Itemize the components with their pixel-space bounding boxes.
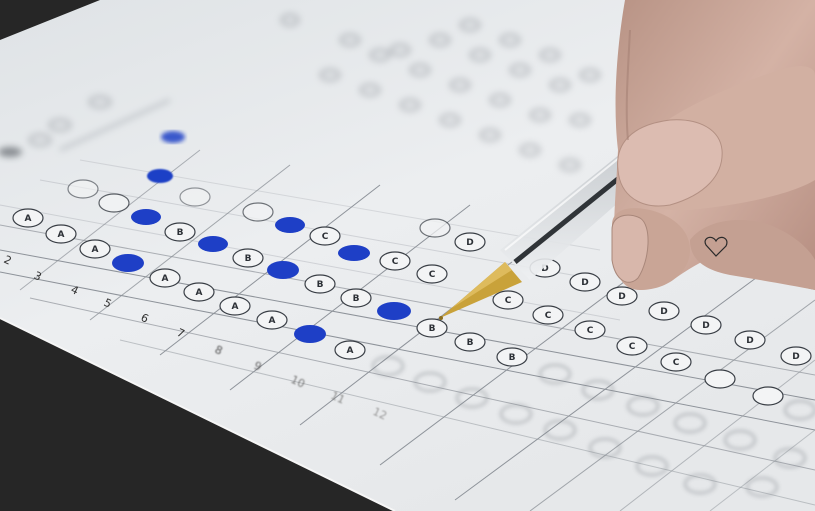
svg-text:B: B	[509, 353, 516, 363]
filled-bubble-q5-D	[338, 245, 370, 261]
svg-text:A: A	[92, 245, 99, 255]
svg-text:A: A	[25, 214, 32, 224]
svg-text:D: D	[660, 307, 667, 317]
svg-text:B: B	[429, 324, 436, 334]
svg-text:C: C	[392, 257, 399, 267]
svg-text:B: B	[177, 228, 184, 238]
filled-bubble-q7-B	[294, 325, 326, 343]
svg-text:D: D	[466, 238, 473, 248]
svg-text:C: C	[629, 342, 636, 352]
svg-text:B: B	[317, 280, 324, 290]
svg-text:A: A	[58, 230, 65, 240]
svg-text:A: A	[269, 316, 276, 326]
answer-sheet-photo: 2 3 4 5 6 7 8 9 10 11 12	[0, 0, 815, 511]
svg-text:A: A	[162, 274, 169, 284]
svg-text:D: D	[581, 278, 588, 288]
filled-bubble-q4-C	[275, 217, 305, 233]
svg-text:C: C	[545, 311, 552, 321]
svg-text:D: D	[746, 336, 753, 346]
svg-text:D: D	[618, 292, 625, 302]
svg-text:B: B	[245, 254, 252, 264]
svg-text:C: C	[673, 358, 680, 368]
filled-bubble-q1	[147, 169, 173, 183]
svg-text:C: C	[587, 326, 594, 336]
hand	[612, 0, 815, 290]
filled-bubble-q6-D	[377, 302, 411, 320]
svg-text:D: D	[792, 352, 799, 362]
filled-bubble-q0	[161, 131, 185, 143]
svg-text:C: C	[322, 232, 329, 242]
svg-text:C: C	[429, 270, 436, 280]
svg-text:B: B	[353, 294, 360, 304]
svg-text:A: A	[347, 346, 354, 356]
filled-bubble-q2-B	[131, 209, 161, 225]
filled-bubble-q3-B	[112, 254, 144, 272]
svg-text:C: C	[505, 296, 512, 306]
filled-bubble-q5-C	[267, 261, 299, 279]
photo-scene: 2 3 4 5 6 7 8 9 10 11 12	[0, 0, 815, 511]
svg-text:D: D	[702, 321, 709, 331]
svg-text:A: A	[232, 302, 239, 312]
filled-bubble-q3-C	[198, 236, 228, 252]
svg-text:B: B	[467, 338, 474, 348]
svg-text:A: A	[196, 288, 203, 298]
